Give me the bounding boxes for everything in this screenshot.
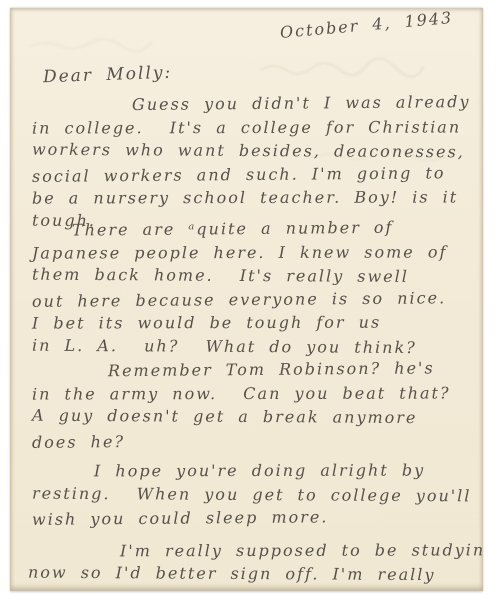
letter-paper: October 4, 1943 Dear Molly: Guess you di…	[10, 8, 483, 591]
letter-line: There are ᵃquite a number of	[32, 217, 465, 244]
letter-date: October 4, 1943	[279, 8, 454, 42]
letter-line: be a nursery school teacher. Boy! is it	[32, 187, 465, 212]
letter-line: them back home. It's really swell	[32, 265, 465, 291]
letter-line: I hope you're doing alright by	[32, 460, 465, 485]
letter-line: Guess you didn't I was already	[32, 92, 465, 119]
letter-line: social workers and such. I'm going to	[32, 163, 465, 190]
letter-line: Japanese people here. I knew some of	[32, 242, 465, 267]
letter-salutation: Dear Molly:	[43, 63, 173, 87]
letter-line: in the army now. Can you beat that?	[32, 383, 465, 408]
letter-line: out here because everyone is so nice.	[32, 288, 465, 315]
letter-line: in college. It's a college for Christian	[32, 117, 465, 142]
letter-line: A guy doesn't get a break anymore	[32, 406, 465, 432]
letter-line: I bet its would be tough for us	[32, 312, 465, 337]
letter-line: does he?	[32, 429, 465, 456]
letter-line: Remember Tom Robinson? he's	[32, 358, 465, 385]
letter-line: now so I'd better sign off. I'm really	[28, 563, 465, 589]
letter-line: resting. When you get to college you'll	[32, 483, 465, 509]
letter-body: Guess you didn't I was already in colleg…	[32, 94, 465, 588]
letter-line: in L. A. uh? What do you think?	[32, 335, 465, 361]
letter-line: wish you could sleep more.	[32, 506, 465, 533]
scan-background: { "letter": { "date": "October 4, 1943",…	[0, 0, 500, 604]
letter-line: workers who want besides, deaconesses,	[32, 140, 465, 166]
letter-line: I'm really supposed to be studying	[32, 540, 465, 565]
